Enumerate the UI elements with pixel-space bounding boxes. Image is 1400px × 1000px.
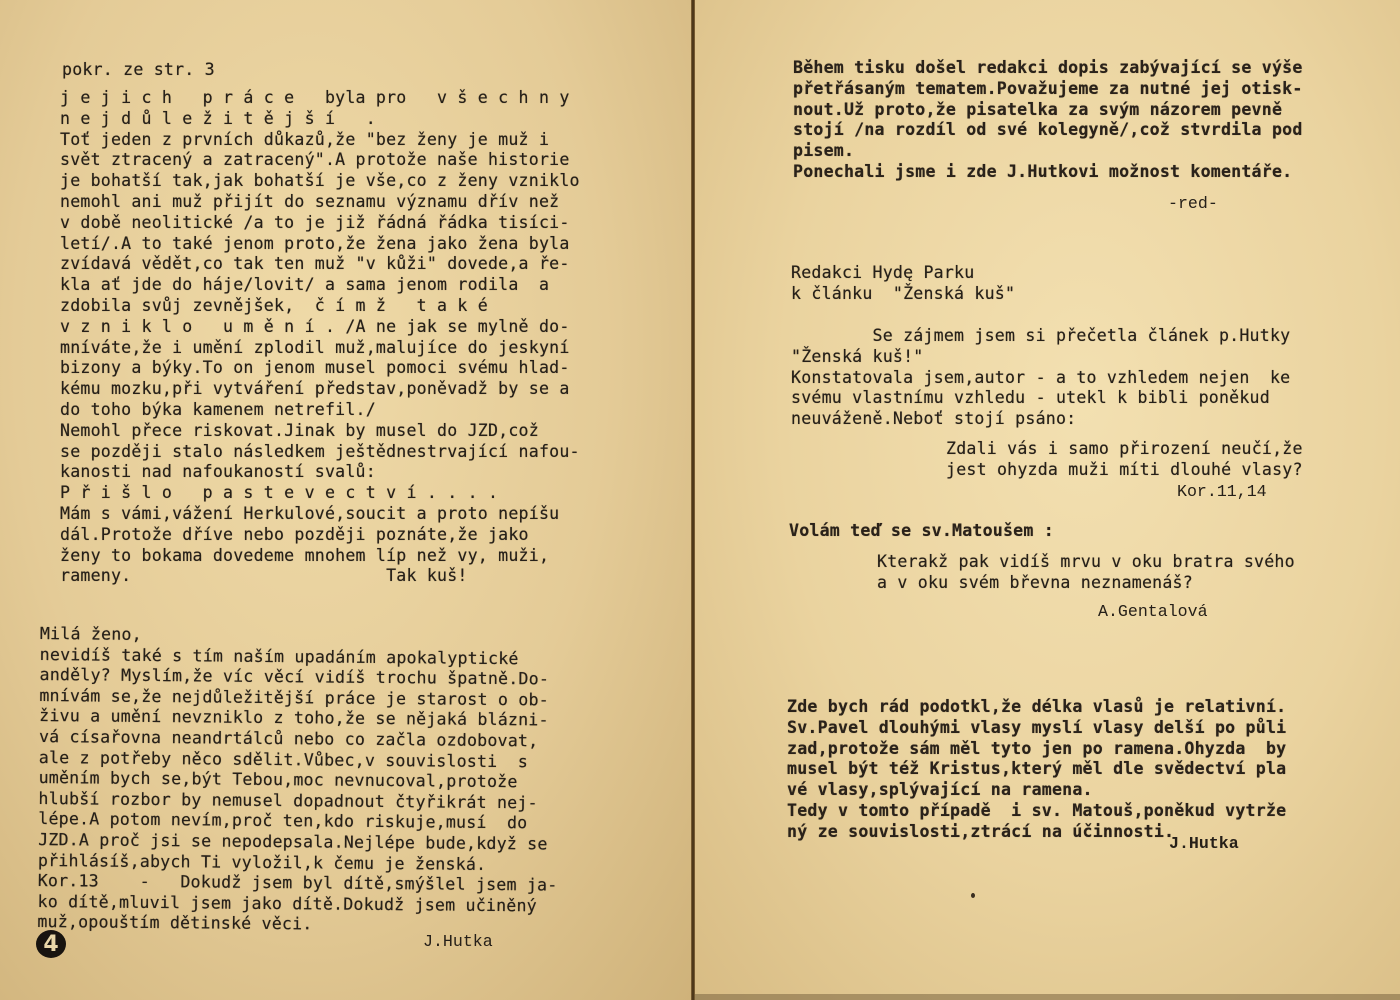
quote-corinthians: Zdali vás i samo přirození neučí,že jest… xyxy=(946,439,1303,481)
letter-address: Redakci Hydę Parku k článku "Ženská kuš" xyxy=(791,263,1015,305)
page-bottom-edge xyxy=(695,994,1400,1000)
article-ending: j e j i c h p r á c e byla pro v š e c h… xyxy=(60,88,580,587)
letter-body: Se zájmem jsem si přečetla článek p.Hutk… xyxy=(791,326,1290,430)
letter-reply: Milá ženo, nevidíš také s tím naším upad… xyxy=(37,624,559,937)
editorial-note: Během tisku došel redakci dopis zabývají… xyxy=(793,58,1303,183)
reply-signature: J.Hutka xyxy=(1169,834,1239,853)
page-number-badge: 4 xyxy=(36,930,66,958)
left-page: pokr. ze str. 3 j e j i c h p r á c e by… xyxy=(0,0,692,1000)
letter-signature-gentalova: A.Gentalová xyxy=(1098,602,1208,621)
magazine-spread: pokr. ze str. 3 j e j i c h p r á c e by… xyxy=(0,0,1400,1000)
matthew-intro: Volám teď se sv.Matoušem : xyxy=(789,521,1054,542)
ink-spot xyxy=(971,893,975,898)
letter-signature: J.Hutka xyxy=(423,932,493,951)
editorial-signature: -red- xyxy=(1168,194,1218,213)
continuation-header: pokr. ze str. 3 xyxy=(62,60,215,81)
right-page: Během tisku došel redakci dopis zabývají… xyxy=(695,0,1400,1000)
reply-text: Zde bych rád podotkl,že délka vlasů je r… xyxy=(787,697,1286,843)
quote-matthew: Kterakž pak vidíš mrvu v oku bratra svéh… xyxy=(877,552,1295,594)
quote-corinthians-reference: Kor.11,14 xyxy=(1177,482,1267,501)
